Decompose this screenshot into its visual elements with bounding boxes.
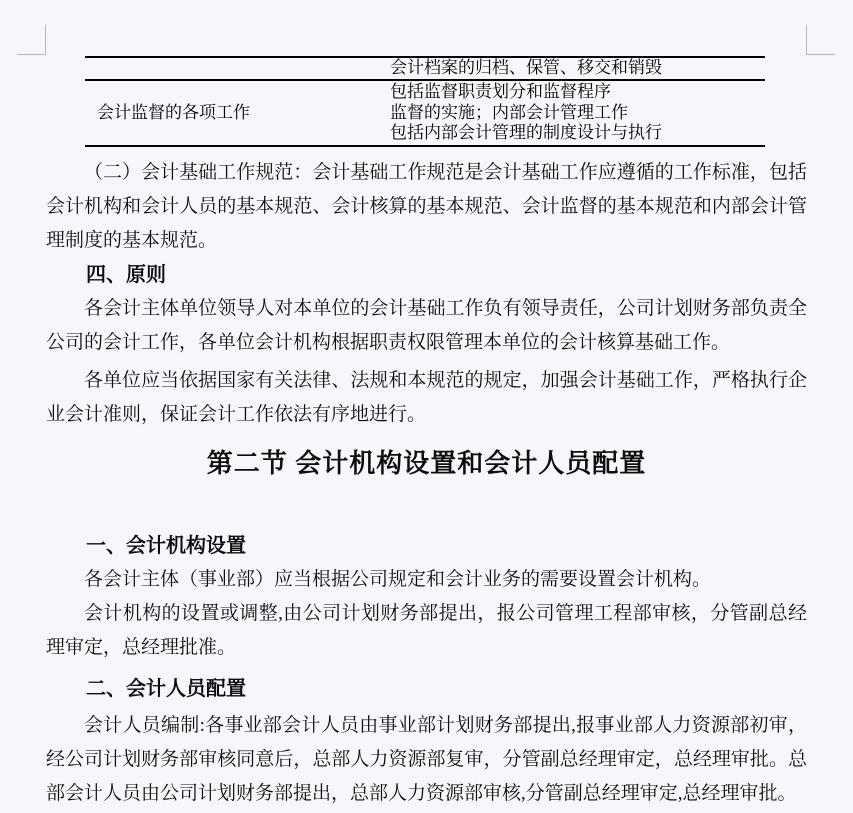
paragraph-org-setup: 各会计主体（事业部）应当根据公司规定和会计业务的需要设置会计机构。 [46, 563, 807, 597]
table-cell-right: 会计档案的归档、保管、移交和销毁 [390, 57, 765, 80]
table-cell-line: 包括内部会计管理的制度设计与执行 [390, 123, 765, 144]
paragraph-basic-norms: （二）会计基础工作规范：会计基础工作规范是会计基础工作应遵循的工作标准，包括会计… [46, 156, 807, 258]
paragraph-units-compliance: 各单位应当依据国家有关法律、法规和本规范的规定，加强会计基础工作，严格执行企业会… [46, 364, 807, 432]
table-row: 会计监督的各项工作 包括监督职责划分和监督程序 监督的实施；内部会计管理工作 包… [85, 80, 765, 146]
table-cell-right: 包括监督职责划分和监督程序 监督的实施；内部会计管理工作 包括内部会计管理的制度… [390, 80, 765, 146]
crop-mark-top-right-vertical [806, 25, 807, 55]
document-page: 会计档案的归档、保管、移交和销毁 会计监督的各项工作 包括监督职责划分和监督程序… [0, 0, 853, 813]
heading-org-setup: 一、会计机构设置 [46, 529, 807, 563]
crop-mark-top-right-horizontal [806, 54, 835, 55]
table-cell-left [85, 57, 390, 80]
crop-mark-top-left-vertical [45, 25, 46, 55]
heading-principles: 四、原则 [46, 258, 807, 292]
crop-mark-top-left-horizontal [17, 54, 46, 55]
table-cell-left: 会计监督的各项工作 [85, 80, 390, 146]
table-cell-line: 包括监督职责划分和监督程序 [390, 82, 765, 103]
section-title: 第二节 会计机构设置和会计人员配置 [46, 438, 807, 490]
table-cell-line: 监督的实施；内部会计管理工作 [390, 103, 765, 124]
table-row: 会计档案的归档、保管、移交和销毁 [85, 57, 765, 80]
document-body: （二）会计基础工作规范：会计基础工作规范是会计基础工作应遵循的工作标准，包括会计… [46, 156, 807, 811]
paragraph-leader-responsibility: 各会计主体单位领导人对本单位的会计基础工作负有领导责任，公司计划财务部负责全公司… [46, 292, 807, 360]
paragraph-staff-allocation: 会计人员编制:各事业部会计人员由事业部计划财务部提出,报事业部人力资源部初审，经… [46, 709, 807, 811]
paragraph-org-adjust: 会计机构的设置或调整,由公司计划财务部提出，报公司管理工程部审核，分管副总经理审… [46, 597, 807, 665]
accounting-supervision-table: 会计档案的归档、保管、移交和销毁 会计监督的各项工作 包括监督职责划分和监督程序… [85, 56, 765, 147]
heading-staff-allocation: 二、会计人员配置 [46, 672, 807, 706]
